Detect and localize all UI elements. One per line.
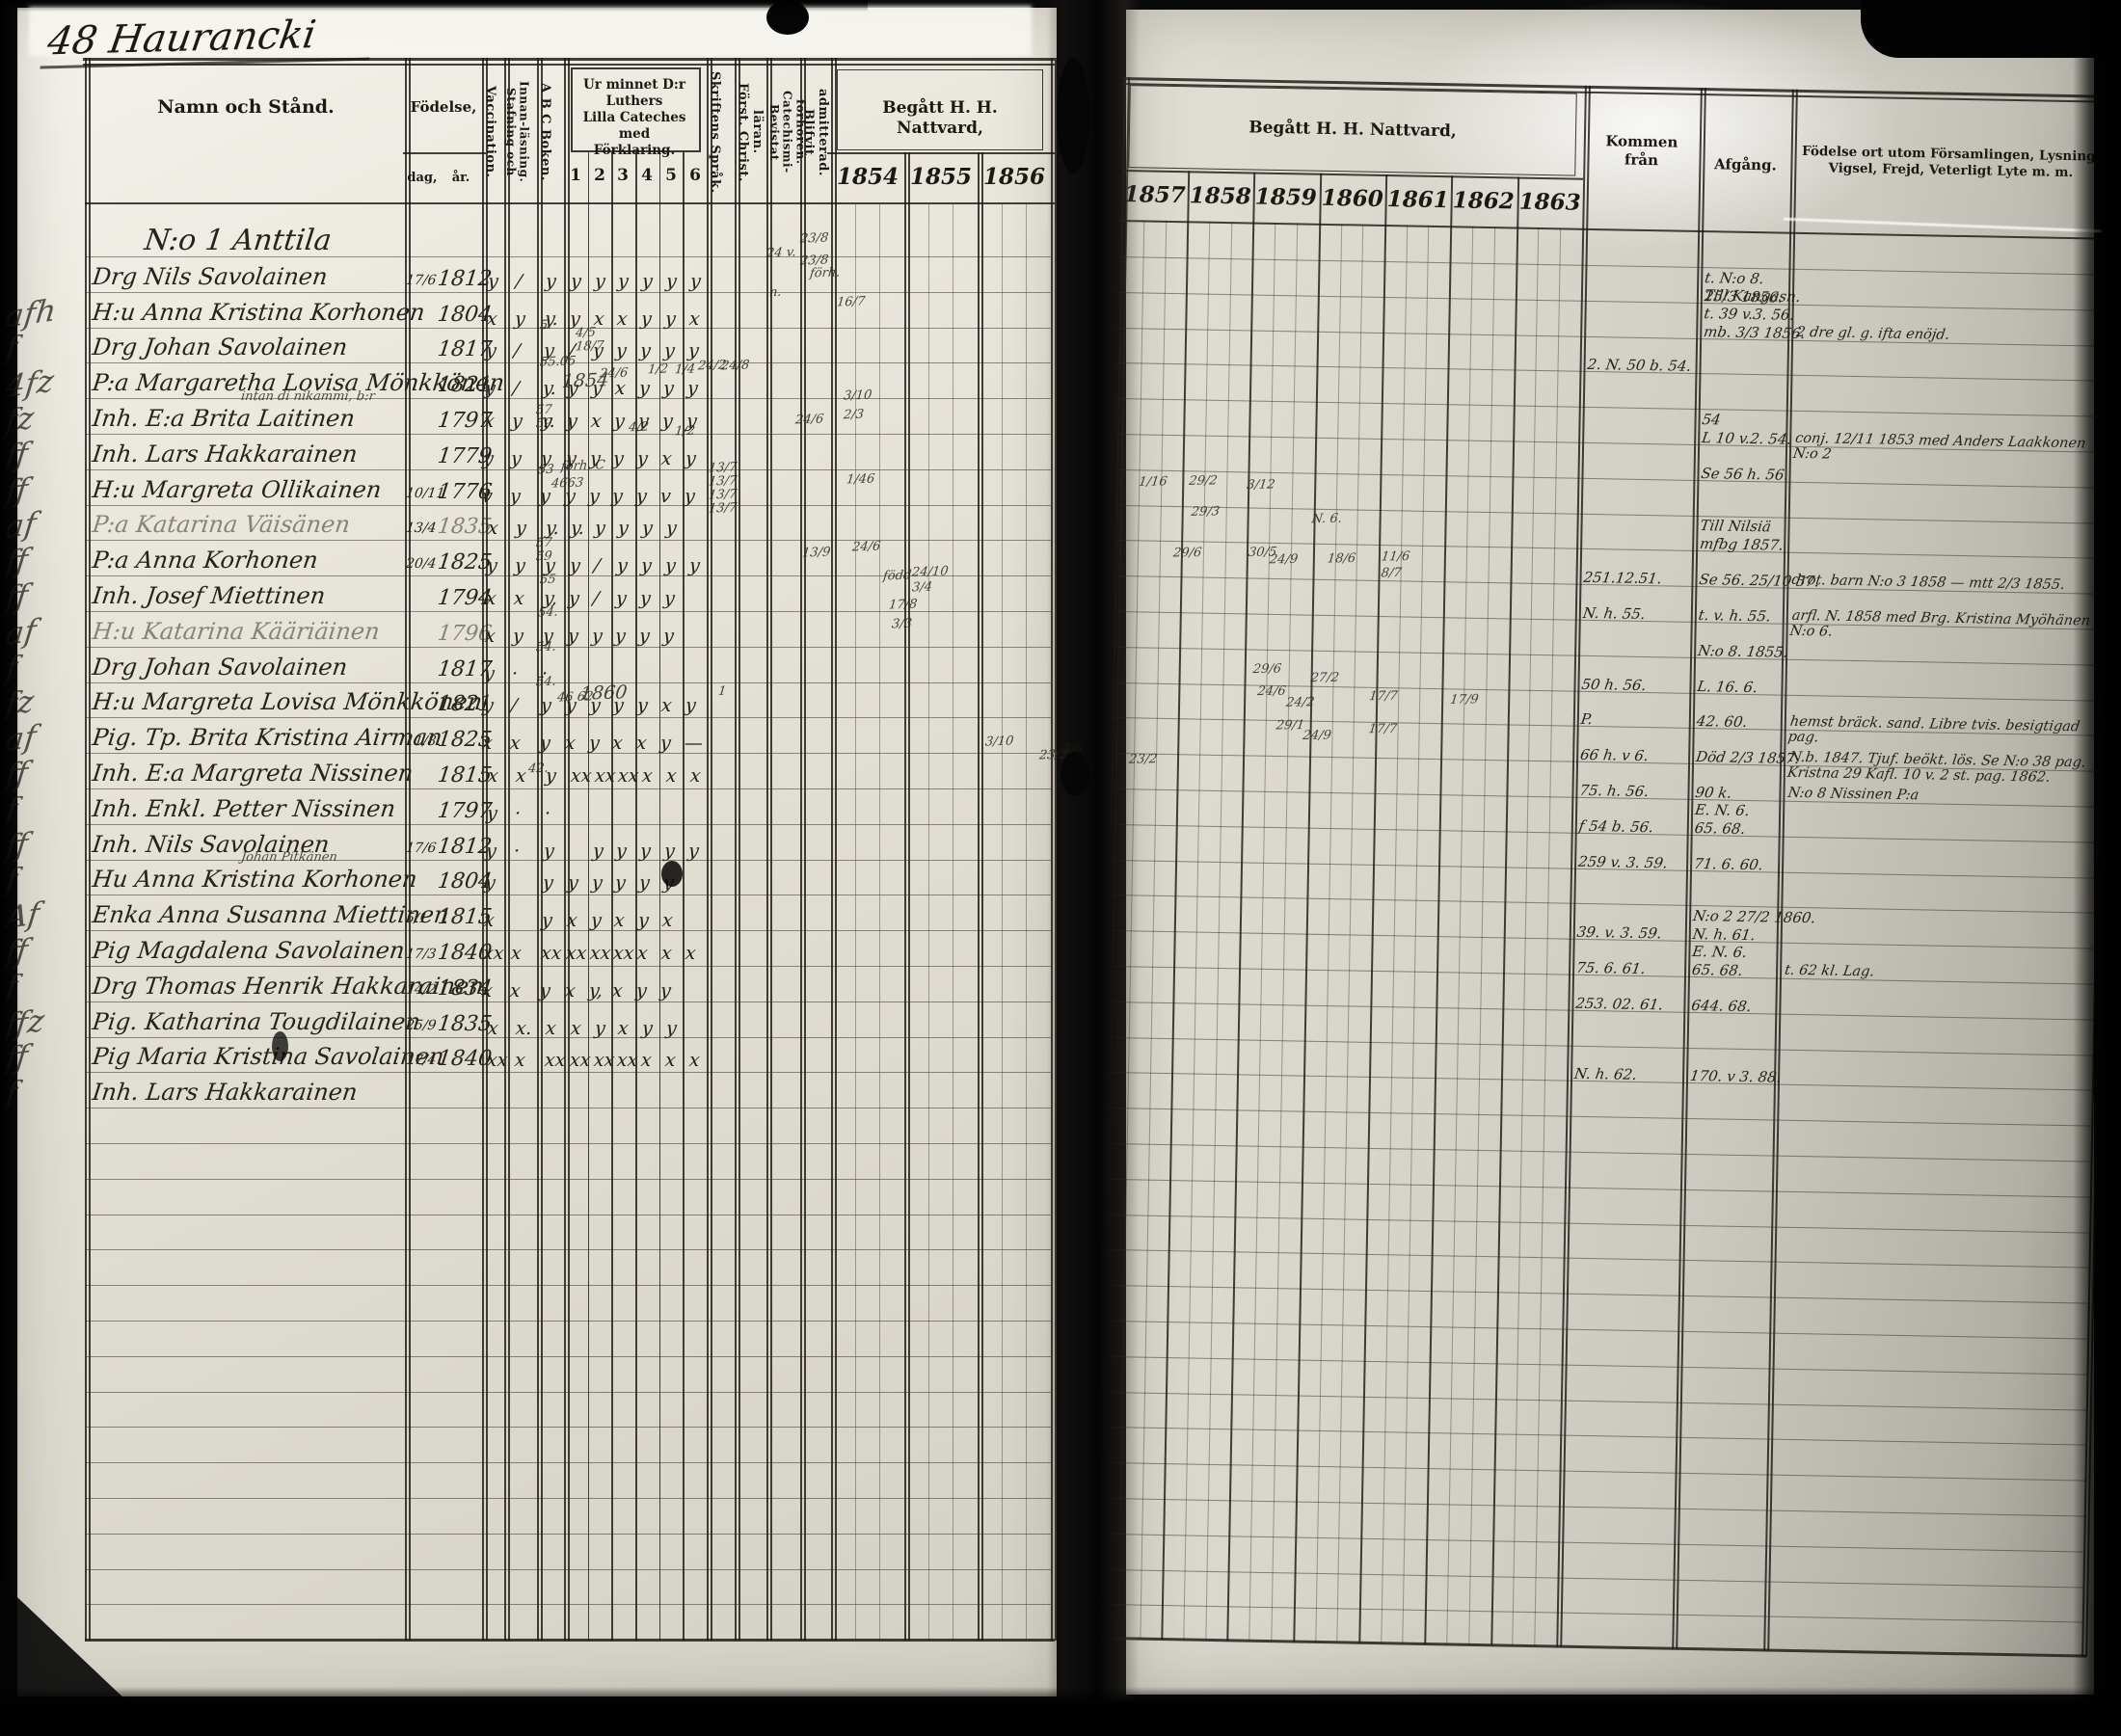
- birth-year: 1804: [436, 303, 493, 327]
- catechism-col-number: 3: [613, 166, 632, 186]
- skill-mark: y: [662, 626, 675, 647]
- row-name: Enka Anna Susanna Miettinen: [91, 901, 412, 928]
- birth-day: 25/9: [405, 1018, 437, 1033]
- communion-mark: 17/7: [1368, 689, 1398, 704]
- skill-mark: y: [639, 841, 652, 862]
- skill-mark: ·: [511, 663, 520, 684]
- afgang-entry: t. v. h. 55.: [1698, 606, 1772, 625]
- skill-mark: x: [640, 1050, 653, 1071]
- grid-line: [766, 58, 768, 1641]
- grid-line: [1098, 1391, 2088, 1410]
- skill-mark: y: [615, 588, 628, 609]
- grid-line: [541, 58, 543, 1641]
- skill-mark: xx: [612, 943, 635, 964]
- grid-line: [85, 58, 87, 1641]
- skill-mark: x: [660, 695, 673, 716]
- kommen-entry: N. h. 55.: [1582, 604, 1647, 623]
- catechism-col-number: 2: [590, 166, 609, 186]
- skill-mark: /: [512, 378, 521, 399]
- grid-line: [904, 152, 906, 1641]
- catechism-col-number: 6: [685, 166, 705, 186]
- skill-mark: x: [660, 448, 673, 469]
- communion-mark: förh. C: [560, 458, 605, 474]
- skill-mark: y: [591, 626, 604, 647]
- communion-mark: 17/8: [888, 597, 918, 612]
- skill-mark: x: [616, 308, 629, 330]
- communion-mark: 29/6: [1172, 546, 1202, 560]
- skill-mark: y: [482, 448, 495, 469]
- communion-mark: 24/2: [1285, 695, 1315, 709]
- gutter-ink-blob: [1057, 58, 1089, 174]
- communion-mark: 18/7: [575, 338, 604, 354]
- communion-mark: 24 v.: [765, 245, 796, 260]
- afgang-entry: mfbg 1857.: [1699, 535, 1785, 554]
- skill-mark: y: [663, 588, 676, 609]
- communion-mark: 54.: [535, 675, 556, 690]
- skill-mark: y: [613, 411, 626, 432]
- communion-mark: 23/8: [799, 253, 829, 268]
- grid-line: [85, 966, 1051, 967]
- scan-edge-top: [0, 0, 868, 12]
- note-entry: N:o 8 Nissinen P:a: [1786, 786, 1920, 803]
- skill-mark: y: [591, 872, 604, 894]
- skill-mark: y: [684, 486, 696, 507]
- row-name: Inh. Lars Hakkarainen: [91, 441, 359, 467]
- skill-mark: y: [611, 486, 624, 507]
- skill-mark: x: [611, 733, 624, 754]
- grid-line: [1099, 1356, 2089, 1375]
- skill-mark: xx: [594, 765, 617, 787]
- note-entry: 2 dre gl. g. ifta enöjd.: [1795, 324, 1950, 342]
- birth-day: 17/6: [405, 841, 437, 856]
- grid-line: [1026, 204, 1027, 1641]
- section-title: N:o 1 Anttila: [143, 224, 334, 257]
- grid-line: [978, 152, 980, 1641]
- row-name: Inh. E:a Margreta Nissinen: [91, 760, 412, 787]
- afgang-entry: 65. 68.: [1694, 819, 1747, 838]
- grid-line: [1096, 1498, 2086, 1517]
- skill-mark: x: [483, 411, 496, 432]
- grid-line: [1097, 1427, 2087, 1446]
- note-entry: conj. 12/11 1853 med Anders Laakkonen N:…: [1792, 431, 2112, 467]
- skill-mark: x: [564, 980, 577, 1002]
- communion-mark: 17/7: [1368, 722, 1398, 736]
- skill-mark: x: [481, 980, 494, 1002]
- skill-mark: y: [568, 588, 580, 609]
- grid-line: [403, 152, 486, 154]
- communion-mark: 59: [535, 549, 552, 565]
- afgang-entry: Till Kangasn.: [1704, 286, 1802, 306]
- skill-mark: y: [486, 555, 498, 576]
- skill-mark: y: [636, 448, 649, 469]
- grid-line: [1358, 174, 1386, 1643]
- skill-mark: y: [566, 411, 578, 432]
- skill-mark: xx: [486, 1050, 509, 1071]
- skill-mark: x: [611, 980, 624, 1002]
- kommen-entry: 75. 6. 61.: [1575, 959, 1647, 977]
- grid-line: [564, 58, 566, 1641]
- skill-mark: y: [664, 308, 677, 330]
- communion-mark: 29/6: [1252, 662, 1282, 677]
- communion-year-label: 1863: [1517, 189, 1583, 218]
- skill-mark: x: [484, 626, 497, 647]
- birth-day: 17/4: [405, 1053, 437, 1068]
- row-name: Inh. Lars Hakkarainen: [91, 1079, 359, 1106]
- grid-line: [85, 788, 1051, 789]
- note-entry: t. 62 kl. Lag.: [1784, 963, 1875, 980]
- skill-mark: x: [486, 308, 498, 330]
- birth-year: 1835: [436, 515, 493, 539]
- grid-line: [85, 824, 1051, 825]
- header-birth: Födelse,: [405, 98, 482, 117]
- skill-mark: y: [487, 271, 499, 292]
- skill-mark: y: [594, 271, 606, 292]
- birth-day: 13/4: [405, 521, 437, 536]
- afgang-entry: mb. 3/3 1856.: [1703, 323, 1807, 342]
- skill-mark: x: [665, 765, 678, 787]
- skill-mark: x: [510, 943, 523, 964]
- grid-line: [981, 152, 983, 1641]
- grid-line: [953, 204, 953, 1641]
- skill-mark: y: [686, 378, 699, 399]
- skill-mark: x: [688, 308, 701, 330]
- skill-mark: x: [514, 1050, 526, 1071]
- skill-mark: x: [487, 1018, 499, 1039]
- communion-mark: 1/2: [647, 362, 669, 378]
- header-birth-year: år.: [442, 171, 480, 186]
- skill-mark: x: [660, 943, 673, 964]
- grid-line: [85, 202, 1055, 204]
- skill-mark: y: [638, 378, 651, 399]
- communion-mark: 5.: [539, 318, 552, 333]
- communion-mark: 16/7: [836, 294, 866, 309]
- skill-mark: y: [665, 271, 678, 292]
- skill-mark: xx: [617, 765, 640, 787]
- birth-day: 17/3: [405, 947, 437, 962]
- skill-mark: /: [593, 555, 602, 576]
- skill-mark: x.: [515, 1018, 533, 1039]
- skill-mark: y: [617, 518, 630, 539]
- row-name: H:u Margreta Lovisa Mönkkönen: [91, 688, 412, 715]
- note-entry: hemst bräck. sand. Libre tvis. besigtiga…: [1786, 714, 2107, 751]
- communion-mark: 54.: [535, 640, 556, 655]
- skill-mark: y: [514, 555, 526, 576]
- skill-mark: y: [514, 308, 526, 330]
- communion-mark: 8/7: [1381, 566, 1403, 580]
- grid-line: [1114, 505, 2105, 524]
- grid-line: [1095, 1568, 2085, 1588]
- skill-mark: y: [485, 340, 497, 361]
- skill-mark: x: [613, 910, 626, 931]
- skill-mark: y: [641, 518, 654, 539]
- birth-year: 1840: [436, 1047, 493, 1071]
- header-communion-left: Begått H. H. Nattvard,: [839, 98, 1041, 140]
- grid-line: [908, 152, 910, 1641]
- grid-line: [85, 682, 1051, 683]
- grid-line: [85, 1392, 1051, 1393]
- skill-mark: y: [541, 910, 553, 931]
- grid-line: [1103, 1143, 2093, 1162]
- skill-mark: y: [638, 626, 651, 647]
- grid-line: [85, 1143, 1051, 1144]
- skill-mark: y: [641, 1018, 654, 1039]
- grid-line: [804, 58, 806, 1641]
- communion-mark: 24/9: [1302, 729, 1332, 743]
- communion-mark: 1/16: [1138, 474, 1168, 489]
- row-name: H:u Katarina Kääriäinen: [91, 618, 381, 645]
- communion-mark: 3/10: [843, 387, 873, 403]
- communion-mark: 23/8: [799, 230, 829, 246]
- grid-line: [711, 58, 712, 1641]
- birth-day: 17/6: [405, 273, 437, 288]
- communion-mark: 27/2: [1310, 671, 1340, 685]
- afgang-entry: 54: [1701, 411, 1722, 428]
- communion-mark: 1: [717, 684, 727, 699]
- skill-mark: y: [485, 841, 497, 862]
- grid-line: [85, 1072, 1051, 1073]
- skill-mark: y: [614, 626, 627, 647]
- communion-mark: 3/10: [984, 734, 1014, 749]
- communion-year-label: 1861: [1384, 186, 1451, 215]
- kommen-entry: 251.12.51.: [1582, 569, 1663, 587]
- communion-mark: 55.05: [539, 354, 577, 369]
- skill-mark: xx: [482, 943, 505, 964]
- skill-mark: y: [685, 448, 697, 469]
- left-page: Namn och Stånd. Födelse, dag, år. Vaccin…: [0, 0, 1060, 1696]
- skill-mark: y: [659, 733, 672, 754]
- communion-mark: N. 6.: [1311, 512, 1343, 526]
- skill-mark: y: [482, 695, 495, 716]
- row-name: Drg Nils Savolainen: [91, 263, 329, 290]
- skill-mark: x: [487, 518, 499, 539]
- skill-mark: x: [614, 378, 627, 399]
- skill-mark: x: [689, 765, 702, 787]
- skill-mark: x: [515, 765, 527, 787]
- right-page: Begått H. H. Nattvard, Kommen från Afgån…: [1093, 77, 2117, 1696]
- skill-mark: y: [615, 841, 628, 862]
- row-name: Inh. E:a Brita Laitinen: [91, 405, 356, 432]
- grid-line: [827, 152, 1055, 154]
- skill-mark: y.: [542, 378, 558, 399]
- communion-mark: 24/6: [794, 412, 824, 427]
- communion-mark: 1860: [579, 681, 629, 705]
- grid-line: [89, 58, 91, 1641]
- kommen-entry: 39. v. 3. 59.: [1576, 923, 1663, 943]
- skill-mark: xx: [616, 1050, 639, 1071]
- grid-line: [504, 58, 506, 1641]
- birth-year: 1797: [436, 799, 493, 823]
- skill-mark: x: [688, 1050, 701, 1071]
- skill-mark: y: [661, 411, 674, 432]
- grid-line: [1293, 174, 1321, 1643]
- afgang-entry: N:o 8. 1855.: [1697, 642, 1789, 661]
- communion-mark: 4663: [550, 475, 584, 491]
- communion-year-label: 1859: [1252, 184, 1319, 213]
- scan-edge-right: [2073, 0, 2121, 1736]
- header-catechism: Ur minnet D:r Luthers Lilla Cateches med…: [573, 77, 696, 158]
- grid-line: [85, 860, 1051, 861]
- skill-mark: xx: [570, 765, 593, 787]
- skill-mark: x: [483, 910, 496, 931]
- grid-line: [83, 64, 1055, 66]
- grid-line: [85, 1108, 1051, 1108]
- grid-line: [85, 1321, 1051, 1322]
- skill-mark: y: [616, 555, 629, 576]
- skill-mark: y: [511, 411, 524, 432]
- row-name: P:a Katarina Väisänen: [91, 511, 351, 538]
- skill-mark: x: [661, 910, 674, 931]
- afgang-entry: 170. v 3. 88.: [1689, 1067, 1783, 1086]
- afgang-entry: N. h. 61.: [1692, 925, 1757, 944]
- skill-mark: /: [510, 695, 519, 716]
- skill-mark: x: [566, 910, 578, 931]
- communion-mark: 11/6: [1381, 549, 1410, 564]
- skill-mark: x: [635, 733, 648, 754]
- grid-line: [1118, 292, 2108, 311]
- kommen-entry: 66 h. v 6.: [1579, 746, 1650, 764]
- grid-line: [85, 717, 1051, 718]
- skill-mark: y: [615, 340, 628, 361]
- skill-mark: y: [641, 271, 654, 292]
- communion-mark: 13/7: [708, 500, 738, 516]
- birth-year: 1812: [436, 267, 493, 291]
- communion-year-label: 1854: [831, 164, 904, 192]
- skill-mark: ·: [513, 841, 522, 862]
- skill-mark: y: [588, 733, 601, 754]
- kommen-entry: 253. 02. 61.: [1574, 995, 1664, 1014]
- row-name: P:a Anna Korhonen: [91, 547, 319, 574]
- grid-line: [85, 292, 1051, 293]
- birth-day: 14/2: [405, 982, 437, 998]
- skill-mark: y: [515, 518, 527, 539]
- birth-year: 1825: [436, 550, 493, 574]
- communion-year-label: 1855: [904, 164, 978, 192]
- communion-mark: 53: [537, 463, 554, 478]
- grid-line: [1101, 1214, 2091, 1233]
- communion-mark: 24/8: [720, 358, 750, 373]
- header-notes: Födelse ort utom Församlingen, Lysning, …: [1795, 144, 2107, 182]
- row-name: Drg Johan Savolainen: [91, 334, 349, 361]
- skill-mark: x: [485, 588, 497, 609]
- row-name: Drg Thomas Henrik Hakkarainen: [91, 973, 412, 1000]
- communion-mark: 29/3: [1191, 504, 1221, 519]
- grid-line: [1103, 1108, 2093, 1127]
- grid-line: [85, 540, 1051, 541]
- skill-mark: x: [641, 765, 654, 787]
- grid-line: [85, 1179, 1051, 1180]
- catechism-col-number: 5: [661, 166, 681, 186]
- scan-edge-left: [0, 0, 19, 1736]
- skill-mark: y: [612, 448, 625, 469]
- skill-mark: x: [513, 588, 525, 609]
- grid-line: [1161, 171, 1189, 1640]
- header-come-from: Kommen från: [1585, 132, 1698, 171]
- note-entry: arfl. N. 1858 med Brg. Kristina Myöhänen…: [1788, 608, 2108, 645]
- grid-line: [800, 58, 802, 1641]
- communion-mark: 59: [535, 416, 552, 432]
- row-name: Pig Maria Kristina Savolainen: [91, 1043, 412, 1070]
- skill-mark: y: [484, 872, 497, 894]
- grid-line: [85, 1498, 1051, 1499]
- skill-mark: y,: [588, 980, 604, 1002]
- grid-line: [85, 1249, 1051, 1250]
- communion-year-label: 1862: [1450, 187, 1517, 216]
- communion-mark: 17/9: [1449, 692, 1479, 707]
- grid-line: [1101, 1249, 2091, 1269]
- communion-mark: 4/2: [628, 420, 650, 436]
- scanned-parish-register: 48 Haurancki Namn och Stånd. Födelse, da…: [0, 0, 2121, 1736]
- grid-line: [1097, 1462, 2087, 1482]
- skill-mark: y: [512, 626, 524, 647]
- grid-line: [1116, 398, 2107, 417]
- skill-mark: y: [687, 841, 700, 862]
- kommen-entry: 50 h. 56.: [1580, 675, 1647, 693]
- communion-mark: 24/10: [911, 564, 949, 579]
- grid-line: [1094, 1604, 2084, 1623]
- skill-mark: x: [564, 733, 577, 754]
- skill-mark: x: [636, 943, 649, 964]
- skill-mark: x: [685, 943, 697, 964]
- afgang-entry: 644. 68.: [1690, 997, 1753, 1015]
- skill-mark: y: [663, 841, 676, 862]
- kommen-entry: P.: [1580, 710, 1594, 728]
- skill-mark: y: [594, 518, 606, 539]
- skill-mark: y: [639, 340, 652, 361]
- skill-mark: xx: [565, 943, 588, 964]
- skill-mark: /: [592, 588, 601, 609]
- grid-line: [738, 58, 740, 1641]
- skill-mark: y: [614, 872, 627, 894]
- skill-mark: y: [635, 980, 648, 1002]
- grid-line: [1424, 175, 1452, 1644]
- skill-mark: x: [590, 411, 603, 432]
- row-name: Hu Anna Kristina Korhonen: [91, 866, 412, 893]
- afgang-entry: 42. 60.: [1696, 712, 1749, 731]
- afgang-entry: Se 56 h. 56.: [1700, 465, 1789, 484]
- skill-mark: y: [542, 872, 554, 894]
- row-supnote: Johan Pitkänen: [240, 850, 338, 865]
- scan-edge-bottom: [0, 1687, 2121, 1736]
- communion-mark: 1/4: [674, 362, 696, 378]
- communion-year-label: 1856: [978, 164, 1051, 192]
- communion-mark: 1/2: [674, 424, 696, 440]
- grid-line: [831, 58, 833, 1641]
- skill-mark: y: [636, 695, 649, 716]
- row-name: H:u Margreta Ollikainen: [91, 476, 383, 503]
- skill-mark: —: [684, 733, 705, 754]
- skill-mark: y: [540, 695, 552, 716]
- afgang-entry: t. 39 v.3. 56.: [1703, 305, 1795, 324]
- kommen-entry: N. h. 62.: [1573, 1065, 1638, 1083]
- communion-mark: 24/6: [1256, 684, 1286, 699]
- skill-mark: x: [509, 733, 522, 754]
- grid-line: [1119, 220, 2112, 239]
- skill-mark: y: [545, 271, 557, 292]
- skill-mark: y: [569, 555, 581, 576]
- communion-mark: 18/6: [1327, 551, 1356, 566]
- skill-mark: /: [513, 340, 522, 361]
- skill-mark: y: [590, 910, 603, 931]
- afgang-entry: E. N. 6.: [1691, 943, 1748, 961]
- skill-mark: y: [570, 271, 582, 292]
- header-departure: Afgång.: [1701, 155, 1789, 174]
- skill-mark: y: [588, 486, 601, 507]
- communion-mark: född: [882, 568, 912, 583]
- skill-mark: v: [481, 486, 494, 507]
- skill-mark: y: [665, 1018, 678, 1039]
- grid-line: [735, 58, 737, 1641]
- communion-mark: n.: [768, 285, 782, 300]
